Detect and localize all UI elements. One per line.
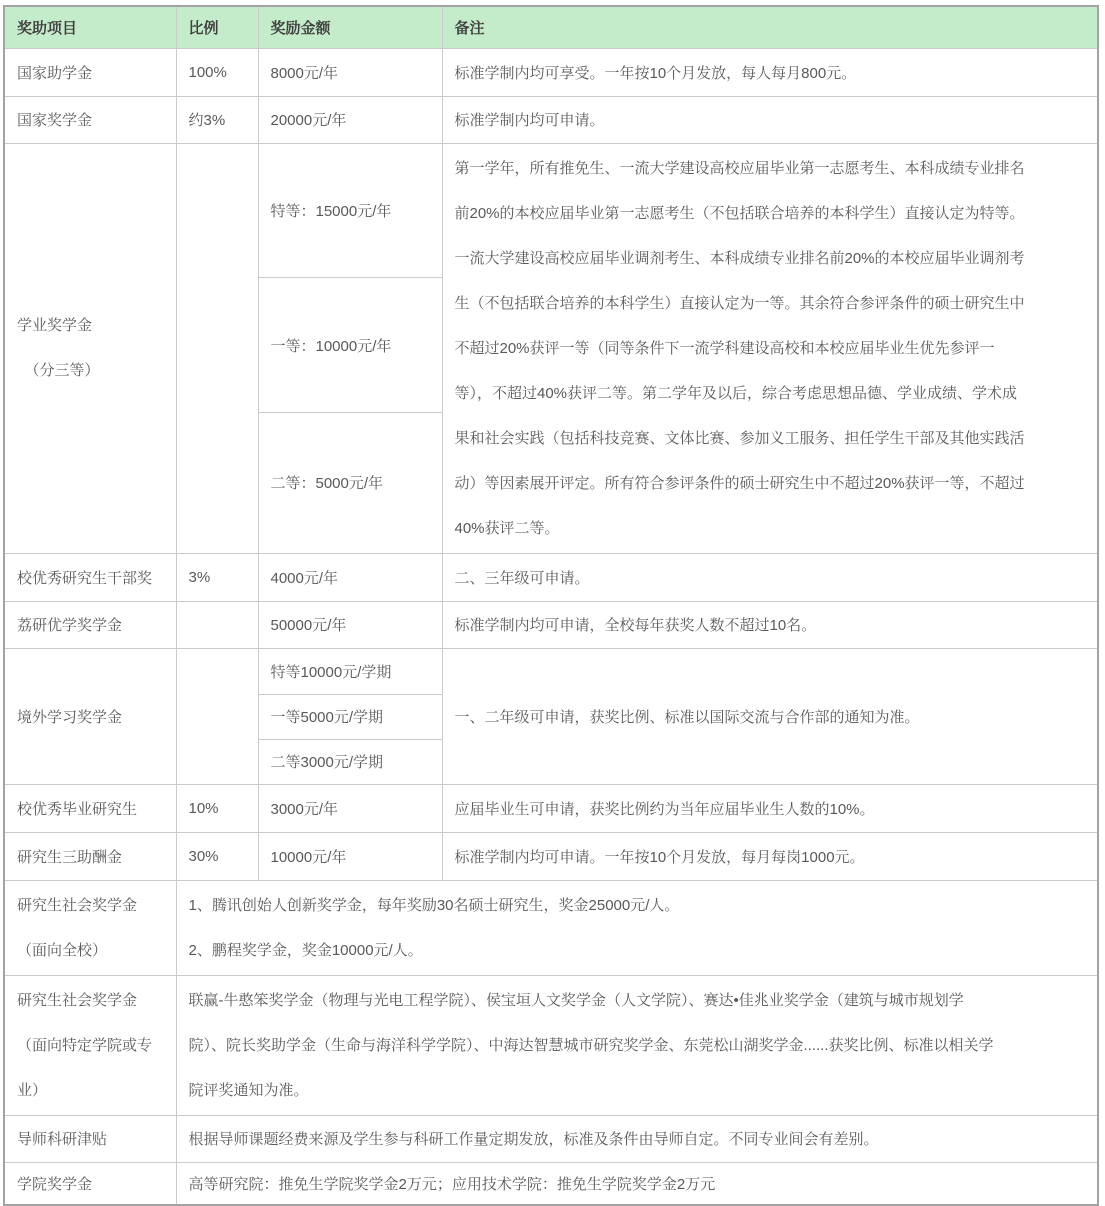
cell-item: 校优秀研究生干部奖 — [4, 553, 176, 601]
cell-item: 学院奖学金 — [4, 1162, 176, 1205]
cell-note: 应届毕业生可申请，获奖比例约为当年应届毕业生人数的10%。 — [442, 784, 1098, 832]
cell-item: 研究生社会奖学金 （面向特定学院或专 业） — [4, 975, 176, 1115]
cell-ratio: 10% — [176, 784, 258, 832]
cell-amount: 50000元/年 — [258, 601, 442, 648]
cell-item: 学业奖学金 （分三等） — [4, 143, 176, 553]
table-row: 研究生社会奖学金 （面向特定学院或专 业） 联赢-牛憨笨奖学金（物理与光电工程学… — [4, 975, 1098, 1115]
cell-item: 研究生社会奖学金 （面向全校） — [4, 880, 176, 975]
cell-note: 第一学年，所有推免生、一流大学建设高校应届毕业第一志愿考生、本科成绩专业排名 前… — [442, 143, 1098, 553]
cell-amount: 8000元/年 — [258, 48, 442, 96]
cell-note: 标准学制内均可享受。一年按10个月发放，每人每月800元。 — [442, 48, 1098, 96]
cell-note: 一、二年级可申请，获奖比例、标准以国际交流与合作部的通知为准。 — [442, 648, 1098, 784]
cell-detail: 联赢-牛憨笨奖学金（物理与光电工程学院）、侯宝垣人文奖学金（人文学院）、赛达•佳… — [176, 975, 1098, 1115]
col-header-ratio: 比例 — [176, 6, 258, 48]
cell-detail: 高等研究院：推免生学院奖学金2万元；应用技术学院：推免生学院奖学金2万元 — [176, 1162, 1098, 1205]
cell-amount: 20000元/年 — [258, 96, 442, 143]
cell-item: 荔研优学奖学金 — [4, 601, 176, 648]
cell-ratio: 约3% — [176, 96, 258, 143]
cell-ratio — [176, 601, 258, 648]
table-row: 导师科研津贴 根据导师课题经费来源及学生参与科研工作量定期发放，标准及条件由导师… — [4, 1115, 1098, 1162]
cell-detail: 1、腾讯创始人创新奖学金，每年奖励30名硕士研究生，奖金25000元/人。 2、… — [176, 880, 1098, 975]
cell-item: 国家助学金 — [4, 48, 176, 96]
cell-amount: 4000元/年 — [258, 553, 442, 601]
cell-amount: 3000元/年 — [258, 784, 442, 832]
cell-item: 研究生三助酬金 — [4, 832, 176, 880]
cell-note: 标准学制内均可申请。一年按10个月发放，每月每岗1000元。 — [442, 832, 1098, 880]
cell-amount: 10000元/年 — [258, 832, 442, 880]
table-row: 研究生三助酬金 30% 10000元/年 标准学制内均可申请。一年按10个月发放… — [4, 832, 1098, 880]
cell-item: 境外学习奖学金 — [4, 648, 176, 784]
cell-note: 标准学制内均可申请。 — [442, 96, 1098, 143]
table-row: 校优秀研究生干部奖 3% 4000元/年 二、三年级可申请。 — [4, 553, 1098, 601]
cell-ratio: 3% — [176, 553, 258, 601]
cell-note: 标准学制内均可申请，全校每年获奖人数不超过10名。 — [442, 601, 1098, 648]
table-row: 研究生社会奖学金 （面向全校） 1、腾讯创始人创新奖学金，每年奖励30名硕士研究… — [4, 880, 1098, 975]
scholarship-table: 奖助项目 比例 奖励金额 备注 国家助学金 100% 8000元/年 标准学制内… — [3, 5, 1099, 1206]
col-header-note: 备注 — [442, 6, 1098, 48]
table-row: 荔研优学奖学金 50000元/年 标准学制内均可申请，全校每年获奖人数不超过10… — [4, 601, 1098, 648]
table-row: 国家奖学金 约3% 20000元/年 标准学制内均可申请。 — [4, 96, 1098, 143]
table-row: 学业奖学金 （分三等） 特等：15000元/年 第一学年，所有推免生、一流大学建… — [4, 143, 1098, 278]
cell-ratio: 30% — [176, 832, 258, 880]
cell-item: 导师科研津贴 — [4, 1115, 176, 1162]
col-header-item: 奖助项目 — [4, 6, 176, 48]
cell-ratio — [176, 648, 258, 784]
cell-item: 国家奖学金 — [4, 96, 176, 143]
cell-amount-tier: 一等：10000元/年 — [258, 278, 442, 413]
cell-ratio — [176, 143, 258, 553]
cell-ratio: 100% — [176, 48, 258, 96]
cell-detail: 根据导师课题经费来源及学生参与科研工作量定期发放，标准及条件由导师自定。不同专业… — [176, 1115, 1098, 1162]
cell-note: 二、三年级可申请。 — [442, 553, 1098, 601]
cell-amount-tier: 特等：15000元/年 — [258, 143, 442, 278]
table-row: 学院奖学金 高等研究院：推免生学院奖学金2万元；应用技术学院：推免生学院奖学金2… — [4, 1162, 1098, 1205]
header-row: 奖助项目 比例 奖励金额 备注 — [4, 6, 1098, 48]
col-header-amount: 奖励金额 — [258, 6, 442, 48]
cell-amount-tier: 特等10000元/学期 — [258, 648, 442, 694]
cell-item: 校优秀毕业研究生 — [4, 784, 176, 832]
cell-amount-tier: 二等：5000元/年 — [258, 413, 442, 553]
cell-amount-tier: 一等5000元/学期 — [258, 694, 442, 739]
cell-amount-tier: 二等3000元/学期 — [258, 739, 442, 784]
table-row: 校优秀毕业研究生 10% 3000元/年 应届毕业生可申请，获奖比例约为当年应届… — [4, 784, 1098, 832]
table-row: 境外学习奖学金 特等10000元/学期 一、二年级可申请，获奖比例、标准以国际交… — [4, 648, 1098, 694]
table-row: 国家助学金 100% 8000元/年 标准学制内均可享受。一年按10个月发放，每… — [4, 48, 1098, 96]
